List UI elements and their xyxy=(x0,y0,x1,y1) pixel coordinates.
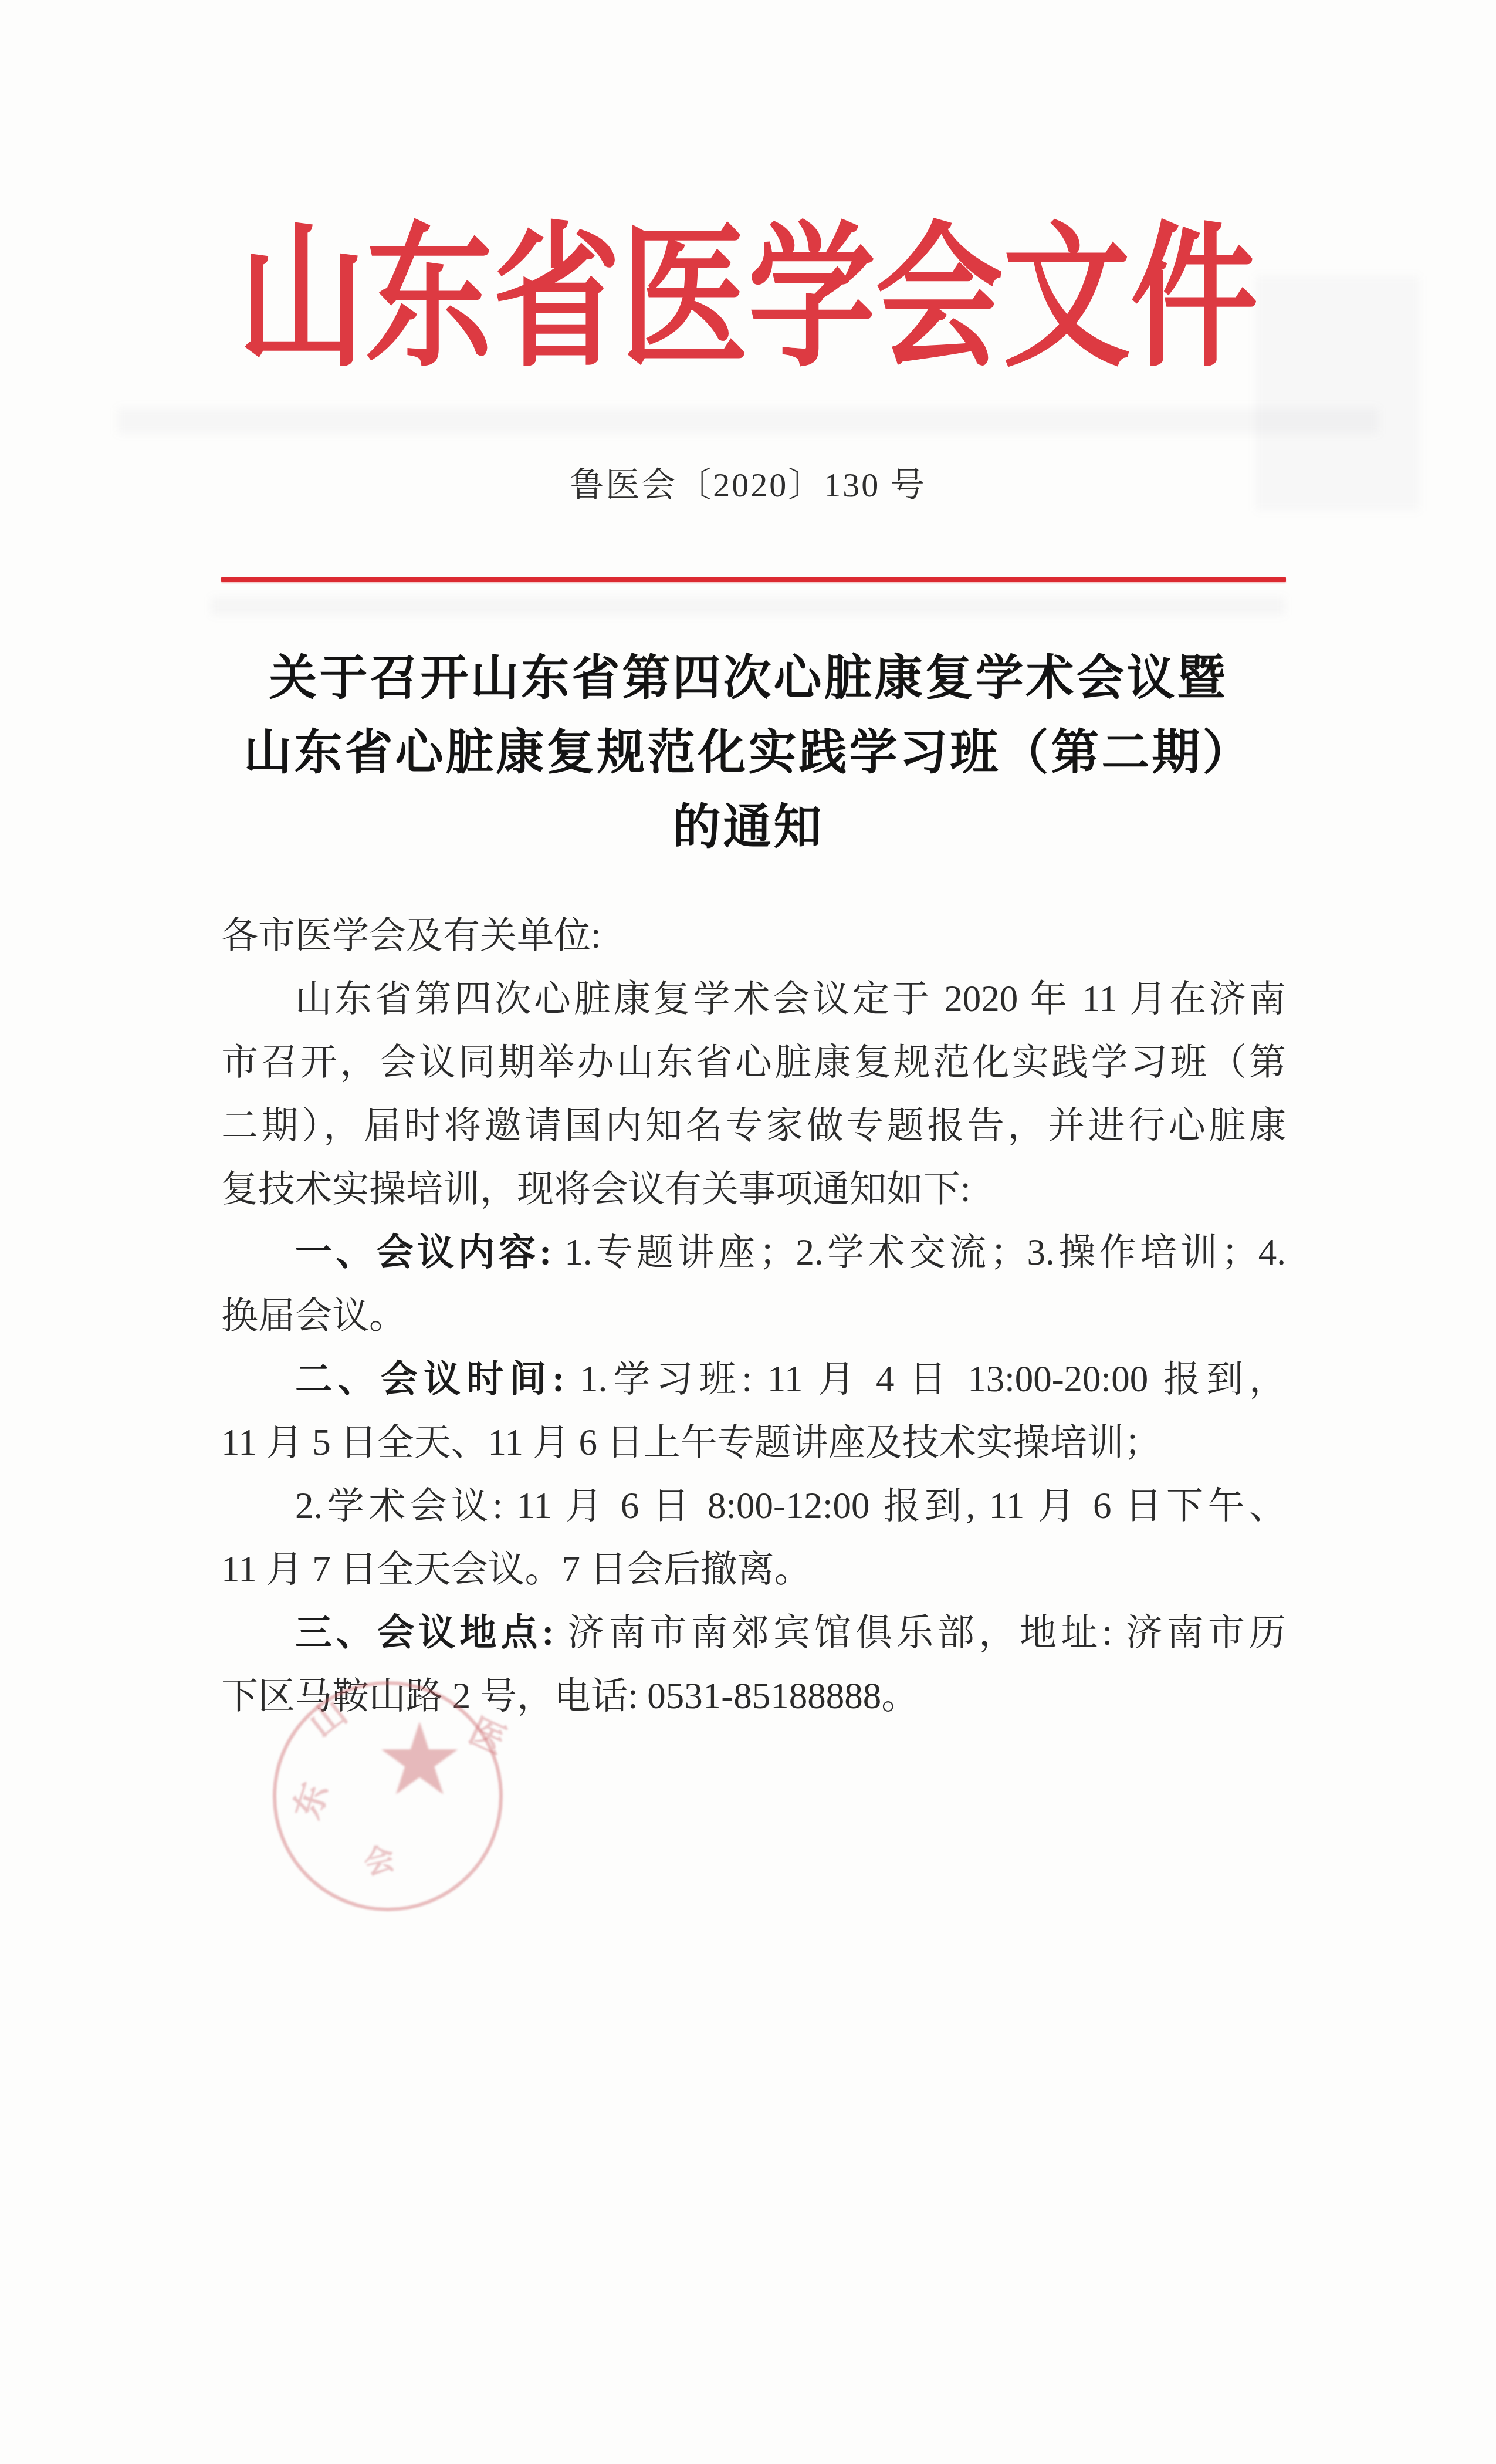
body-text: 各市医学会及有关单位: xyxy=(221,915,601,956)
red-divider-rule xyxy=(221,577,1286,582)
body-text: 济南市南郊宾馆俱乐部，地址: 济南市历 xyxy=(554,1612,1286,1653)
body-text: 市召开，会议同期举办山东省心脏康复规范化实践学习班（第 xyxy=(221,1042,1286,1083)
body-line: 复技术实操培训，现将会议有关事项通知如下: xyxy=(221,1157,1286,1221)
body-line: 二期），届时将邀请国内知名专家做专题报告，并进行心脏康 xyxy=(221,1094,1286,1157)
body-text: 11 月 7 日全天会议。7 日会后撤离。 xyxy=(221,1549,811,1590)
document-title-line: 的通知 xyxy=(216,790,1281,864)
seal-fragment: 东 xyxy=(289,1779,334,1823)
body-line: 11 月 7 日全天会议。7 日会后撤离。 xyxy=(221,1537,1286,1601)
scan-smudge xyxy=(211,597,1285,615)
body-line: 各市医学会及有关单位: xyxy=(221,904,1286,967)
section-label: 一、会议内容: xyxy=(295,1232,551,1273)
body-line: 市召开，会议同期举办山东省心脏康复规范化实践学习班（第 xyxy=(221,1030,1286,1094)
body-text: 11 月 5 日全天、11 月 6 日上午专题讲座及技术实操培训； xyxy=(221,1422,1161,1463)
letterhead-text: 山东省医学会文件 xyxy=(238,222,1258,377)
scan-smudge xyxy=(117,408,1379,434)
body-line: 三、会议地点: 济南市南郊宾馆俱乐部，地址: 济南市历 xyxy=(221,1601,1286,1664)
body-paragraphs: 各市医学会及有关单位:山东省第四次心脏康复学术会议定于 2020 年 11 月在… xyxy=(221,904,1286,1728)
letterhead-title: 山东省医学会文件 xyxy=(0,222,1496,377)
body-text: 1.专题讲座；2.学术交流；3.操作培训；4. xyxy=(551,1232,1286,1273)
seal-fragment: 会 xyxy=(361,1841,399,1883)
body-text: 换届会议。 xyxy=(221,1295,406,1336)
section-label: 二、会议时间: xyxy=(295,1358,564,1400)
body-line: 二、会议时间: 1.学习班: 11 月 4 日 13:00-20:00 报到， xyxy=(221,1347,1286,1411)
official-seal: ★ 山 医 东 会 xyxy=(273,1681,503,1911)
body-text: 复技术实操培训，现将会议有关事项通知如下: xyxy=(221,1168,971,1209)
body-line: 一、会议内容: 1.专题讲座；2.学术交流；3.操作培训；4. xyxy=(221,1221,1286,1284)
body-text: 二期），届时将邀请国内知名专家做专题报告，并进行心脏康 xyxy=(221,1105,1286,1146)
doc-number: 鲁医会〔2020〕130 号 xyxy=(0,465,1496,506)
document-title-line: 关于召开山东省第四次心脏康复学术会议暨 xyxy=(216,641,1281,715)
scanned-official-document: 山东省医学会文件 鲁医会〔2020〕130 号 关于召开山东省第四次心脏康复学术… xyxy=(0,0,1496,2464)
seal-star-icon: ★ xyxy=(375,1711,464,1810)
document-title-line: 山东省心脏康复规范化实践学习班（第二期） xyxy=(216,715,1281,790)
body-text: 1.学习班: 11 月 4 日 13:00-20:00 报到， xyxy=(564,1358,1286,1400)
body-line: 换届会议。 xyxy=(221,1284,1286,1347)
body-text: 山东省第四次心脏康复学术会议定于 2020 年 11 月在济南 xyxy=(295,978,1286,1019)
body-text: 2.学术会议: 11 月 6 日 8:00-12:00 报到, 11 月 6 日… xyxy=(295,1485,1286,1526)
body-line: 2.学术会议: 11 月 6 日 8:00-12:00 报到, 11 月 6 日… xyxy=(221,1474,1286,1537)
section-label: 三、会议地点: xyxy=(295,1612,554,1653)
body-line: 11 月 5 日全天、11 月 6 日上午专题讲座及技术实操培训； xyxy=(221,1411,1286,1474)
body-line: 山东省第四次心脏康复学术会议定于 2020 年 11 月在济南 xyxy=(221,967,1286,1030)
document-title: 关于召开山东省第四次心脏康复学术会议暨山东省心脏康复规范化实践学习班（第二期）的… xyxy=(216,641,1281,864)
